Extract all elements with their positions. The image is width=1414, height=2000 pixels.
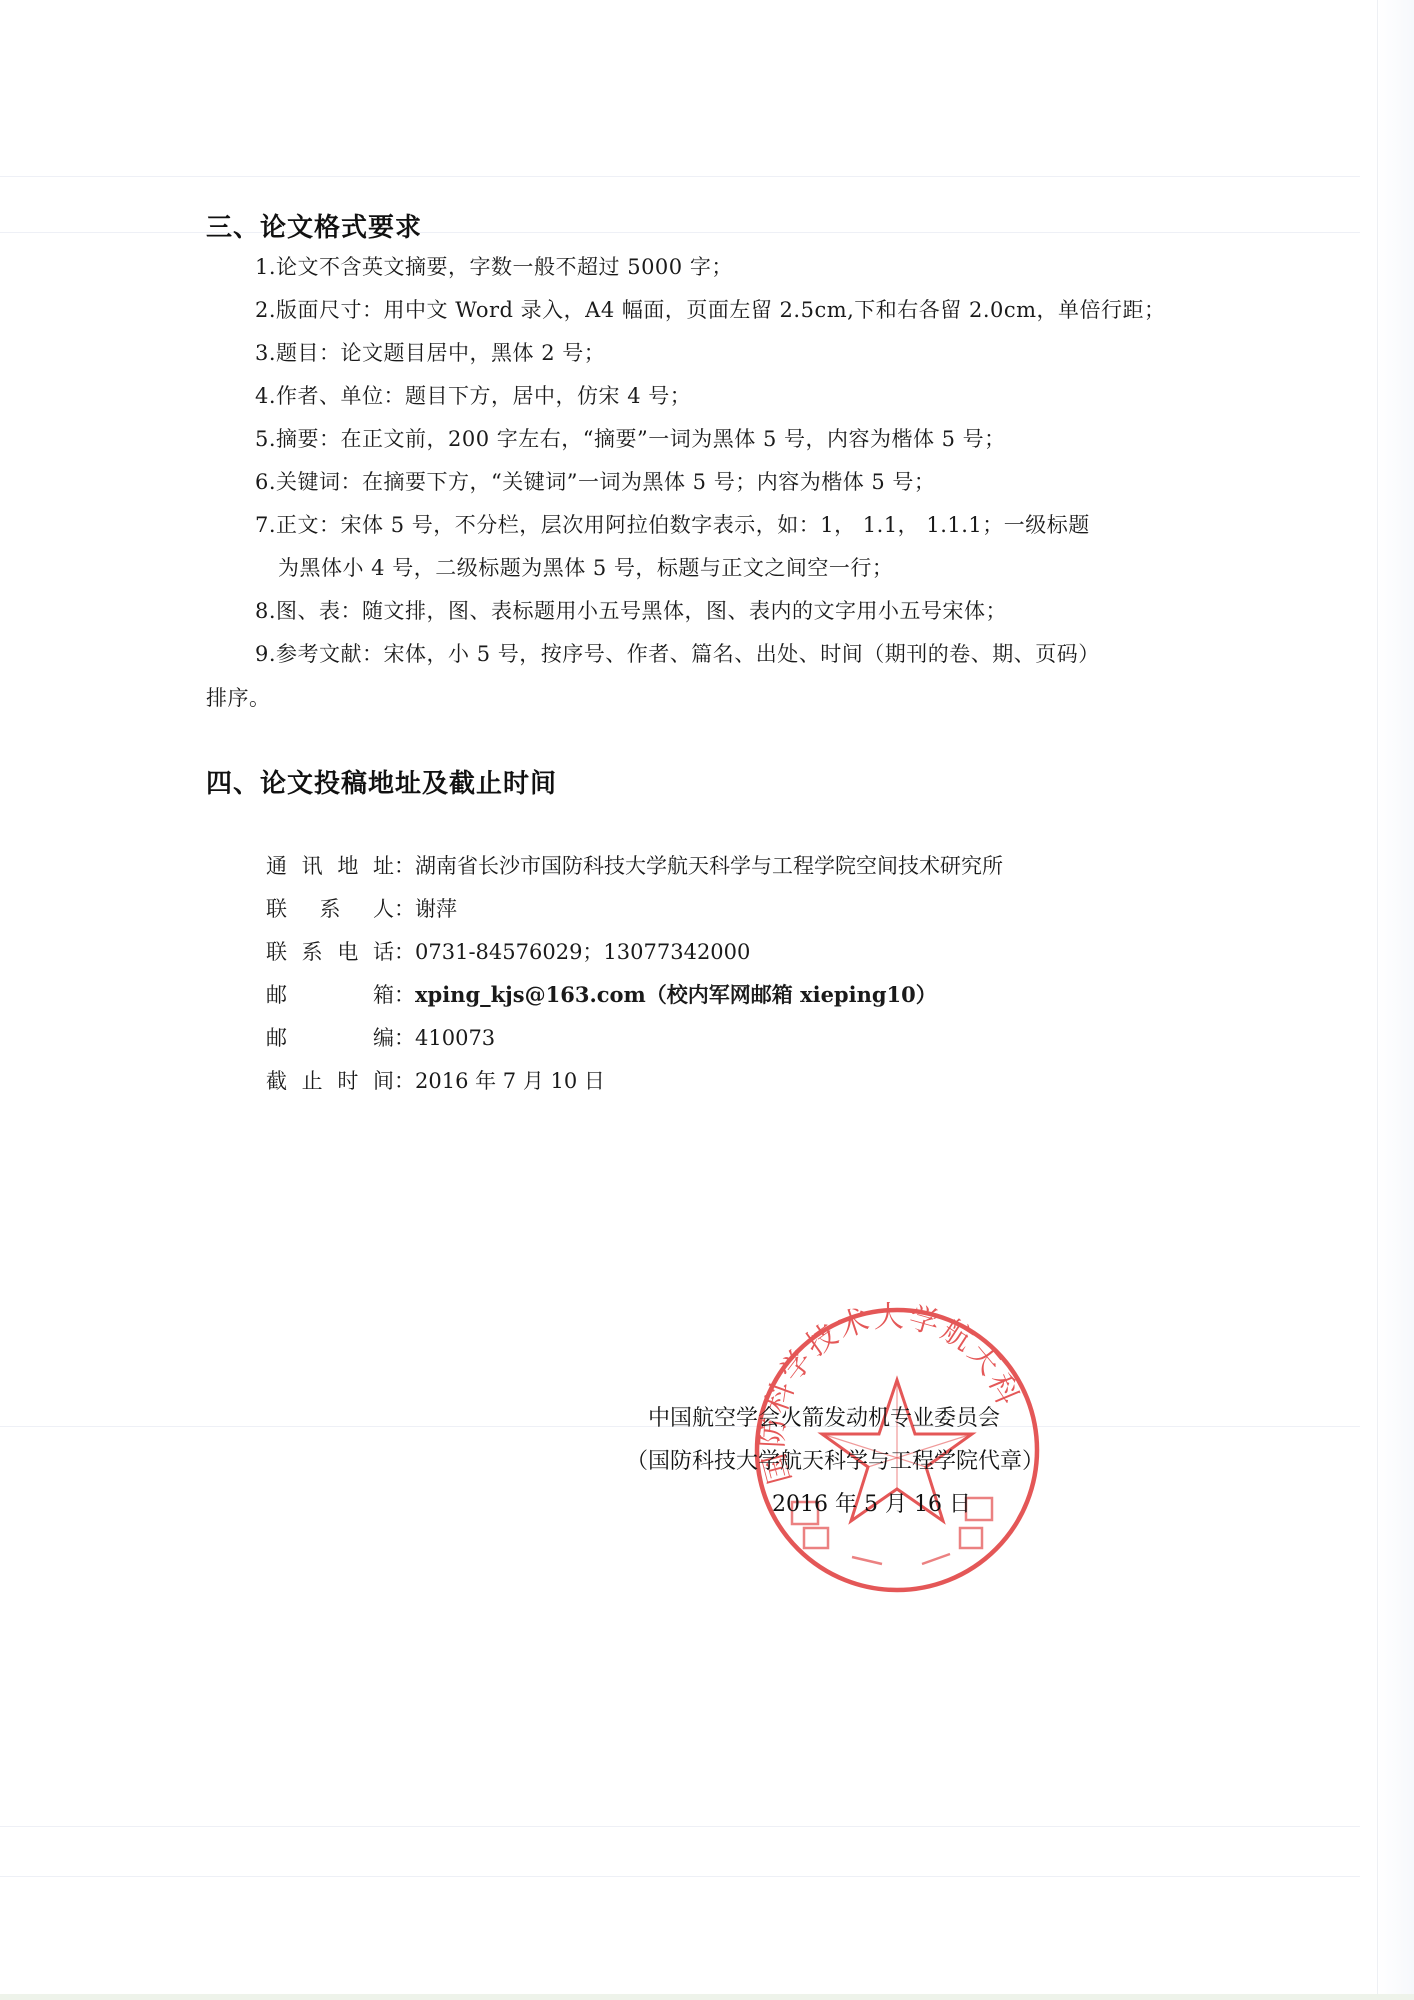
requirement-item-9: 9.参考文献：宋体，小 5 号，按序号、作者、篇名、出处、时间（期刊的卷、期、页… [255,640,1100,668]
contact-label: 截止时间 [266,1067,394,1095]
contact-person-row: 联 系 人 ： 谢萍 [266,895,457,923]
contact-colon: ： [394,938,415,966]
contact-postcode-row: 邮 编 ： 410073 [266,1024,495,1052]
requirement-item-3: 3.题目：论文题目居中，黑体 2 号； [255,339,605,367]
scan-bottom-edge [0,1994,1414,2000]
contact-person-value: 谢萍 [415,895,457,923]
scan-streak [0,1826,1360,1827]
requirement-item-5: 5.摘要：在正文前，200 字左右，“摘要”一词为黑体 5 号，内容为楷体 5 … [255,425,1006,453]
scan-streak [0,232,1360,233]
contact-deadline-value: 2016 年 7 月 10 日 [415,1067,605,1095]
contact-email-row: 邮 箱 ： xping_kjs@163.com（校内军网邮箱 xieping10… [266,981,937,1009]
signature-organization: 中国航空学会火箭发动机专业委员会 [648,1404,1000,1434]
requirement-item-7-continued: 为黑体小 4 号，二级标题为黑体 5 号，标题与正文之间空一行； [278,554,893,582]
signature-seal-note: （国防科技大学航天科学与工程学院代章） [626,1447,1044,1477]
contact-phone-value: 0731-84576029；13077342000 [415,938,750,966]
contact-label: 联系电话 [266,938,394,966]
contact-deadline-row: 截止时间 ： 2016 年 7 月 10 日 [266,1067,605,1095]
requirement-item-6: 6.关键词：在摘要下方，“关键词”一词为黑体 5 号；内容为楷体 5 号； [255,468,935,496]
contact-label: 联 系 人 [266,895,394,923]
contact-label: 邮 箱 [266,981,394,1009]
document-page: 三、论文格式要求 1.论文不含英文摘要，字数一般不超过 5000 字； 2.版面… [0,0,1414,2000]
contact-colon: ： [394,1024,415,1052]
contact-colon: ： [394,1067,415,1095]
contact-colon: ： [394,895,415,923]
contact-colon: ： [394,852,415,880]
requirement-item-4: 4.作者、单位：题目下方，居中，仿宋 4 号； [255,382,691,410]
contact-phone-row: 联系电话 ： 0731-84576029；13077342000 [266,938,750,966]
contact-address-value: 湖南省长沙市国防科技大学航天科学与工程学院空间技术研究所 [415,852,1003,880]
requirement-item-1: 1.论文不含英文摘要，字数一般不超过 5000 字； [255,253,733,281]
contact-label: 邮 编 [266,1024,394,1052]
scan-edge [1377,0,1414,2000]
requirement-item-2: 2.版面尺寸：用中文 Word 录入，A4 幅面，页面左留 2.5cm,下和右各… [255,296,1166,324]
contact-address-row: 通讯地址 ： 湖南省长沙市国防科技大学航天科学与工程学院空间技术研究所 [266,852,1003,880]
requirement-item-9-continued: 排序。 [206,684,271,712]
requirement-item-7: 7.正文：宋体 5 号，不分栏，层次用阿拉伯数字表示，如：1， 1.1， 1.1… [255,511,1090,539]
scan-streak [0,176,1360,177]
requirement-item-8: 8.图、表：随文排，图、表标题用小五号黑体，图、表内的文字用小五号宋体； [255,597,1007,625]
signature-date: 2016 年 5 月 16 日 [772,1490,971,1520]
contact-colon: ： [394,981,415,1009]
section-heading-submission-info: 四、论文投稿地址及截止时间 [206,763,557,800]
scan-streak [0,1876,1360,1877]
contact-label: 通讯地址 [266,852,394,880]
contact-postcode-value: 410073 [415,1024,495,1052]
contact-email-value[interactable]: xping_kjs@163.com（校内军网邮箱 xieping10） [415,981,937,1009]
section-heading-format-requirements: 三、论文格式要求 [206,207,422,244]
